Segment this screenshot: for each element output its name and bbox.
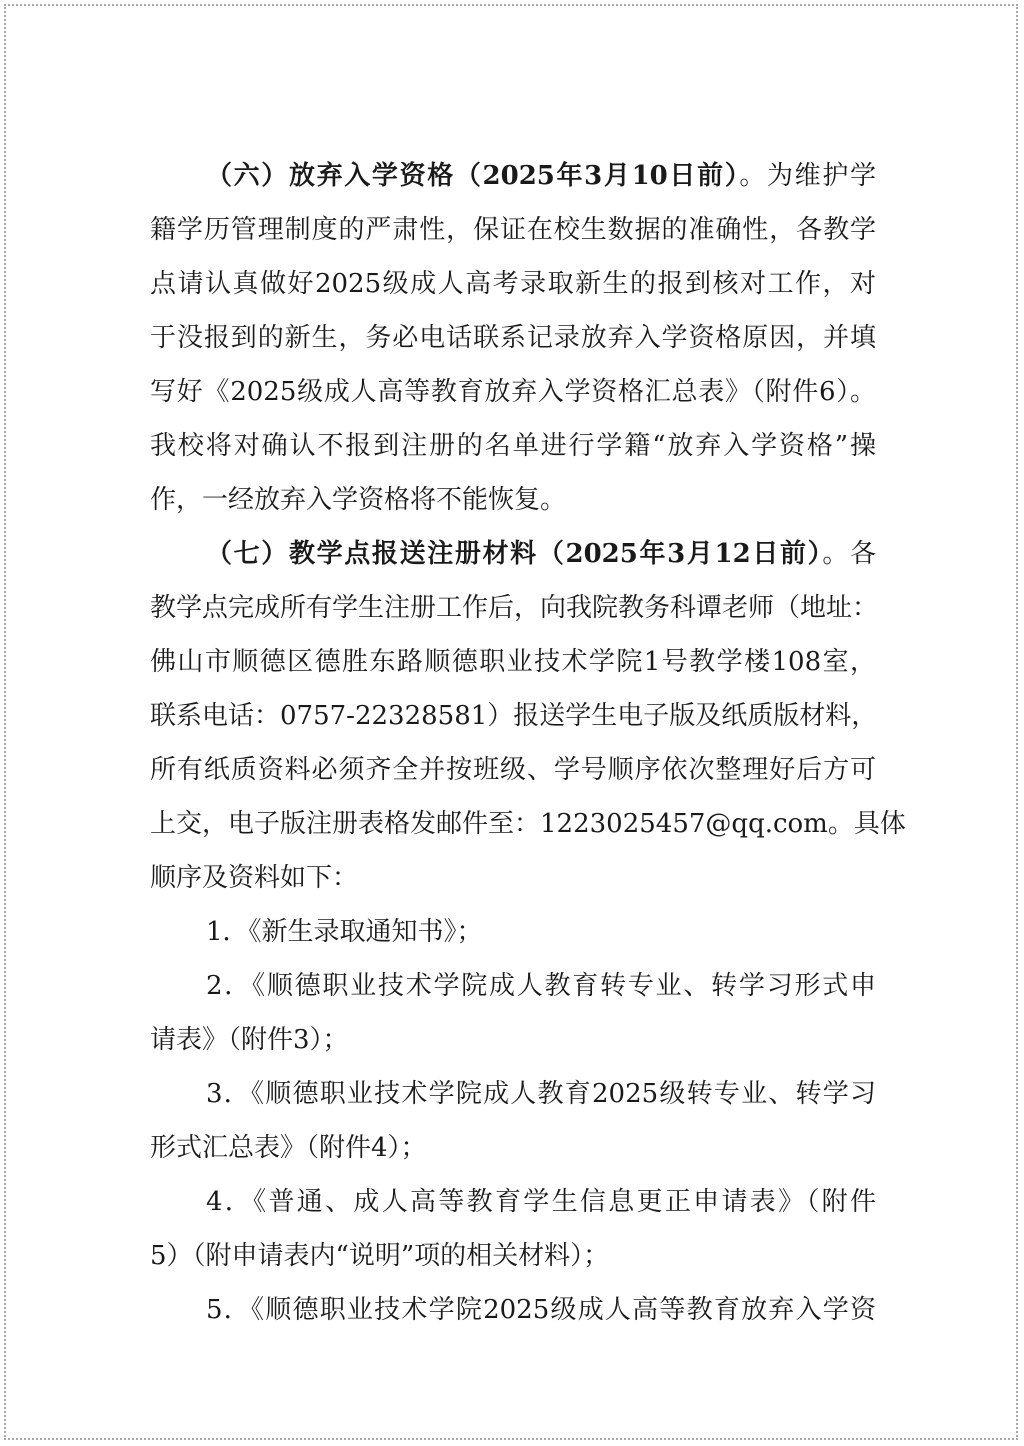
list-item-2-cont: 请表》（附件3）； xyxy=(150,1018,876,1072)
list-item-4: 4．《普通、成人高等教育学生信息更正申请表》（附件 xyxy=(150,1180,876,1234)
section-6-line: 于没报到的新生，务必电话联系记录放弃入学资格原因，并填 xyxy=(150,316,876,370)
list-item-4-cont: 5）（附申请表内“说明”项的相关材料）； xyxy=(150,1234,876,1288)
section-6-first-line: （六）放弃入学资格（2025年3月10日前）。为维护学 xyxy=(150,154,876,208)
section-6-line: 点请认真做好2025级成人高考录取新生的报到核对工作，对 xyxy=(150,262,876,316)
section-6-line: 作，一经放弃入学资格将不能恢复。 xyxy=(150,478,876,532)
section-7-text: 。各 xyxy=(822,539,876,569)
section-6-line: 我校将对确认不报到注册的名单进行学籍“放弃入学资格”操 xyxy=(150,424,876,478)
section-7-heading: （七）教学点报送注册材料（2025年3月12日前） xyxy=(206,539,822,569)
list-item-5: 5．《顺德职业技术学院2025级成人高等教育放弃入学资 xyxy=(150,1288,876,1342)
section-6-line: 写好《2025级成人高等教育放弃入学资格汇总表》（附件6）。 xyxy=(150,370,876,424)
list-item-3-cont: 形式汇总表》（附件4）； xyxy=(150,1126,876,1180)
section-7-line: 教学点完成所有学生注册工作后，向我院教务科谭老师（地址： xyxy=(150,586,876,640)
section-6-heading: （六）放弃入学资格（2025年3月10日前） xyxy=(206,161,739,191)
list-item-3: 3．《顺德职业技术学院成人教育2025级转专业、转学习 xyxy=(150,1072,876,1126)
section-7-line: 顺序及资料如下： xyxy=(150,856,876,910)
document-body: （六）放弃入学资格（2025年3月10日前）。为维护学 籍学历管理制度的严肃性，… xyxy=(150,154,876,1342)
section-7-line: 联系电话：0757-22328581）报送学生电子版及纸质版材料， xyxy=(150,694,876,748)
section-7-line: 上交，电子版注册表格发邮件至：1223025457@qq.com。具体 xyxy=(150,802,876,856)
list-item-1: 1．《新生录取通知书》； xyxy=(150,910,876,964)
section-7-line: 所有纸质资料必须齐全并按班级、学号顺序依次整理好后方可 xyxy=(150,748,876,802)
section-7-line: 佛山市顺德区德胜东路顺德职业技术学院1号教学楼108室， xyxy=(150,640,876,694)
section-7-first-line: （七）教学点报送注册材料（2025年3月12日前）。各 xyxy=(150,532,876,586)
section-6-text: 。为维护学 xyxy=(739,161,876,191)
list-item-2: 2．《顺德职业技术学院成人教育转专业、转学习形式申 xyxy=(150,964,876,1018)
section-6-line: 籍学历管理制度的严肃性，保证在校生数据的准确性，各教学 xyxy=(150,208,876,262)
